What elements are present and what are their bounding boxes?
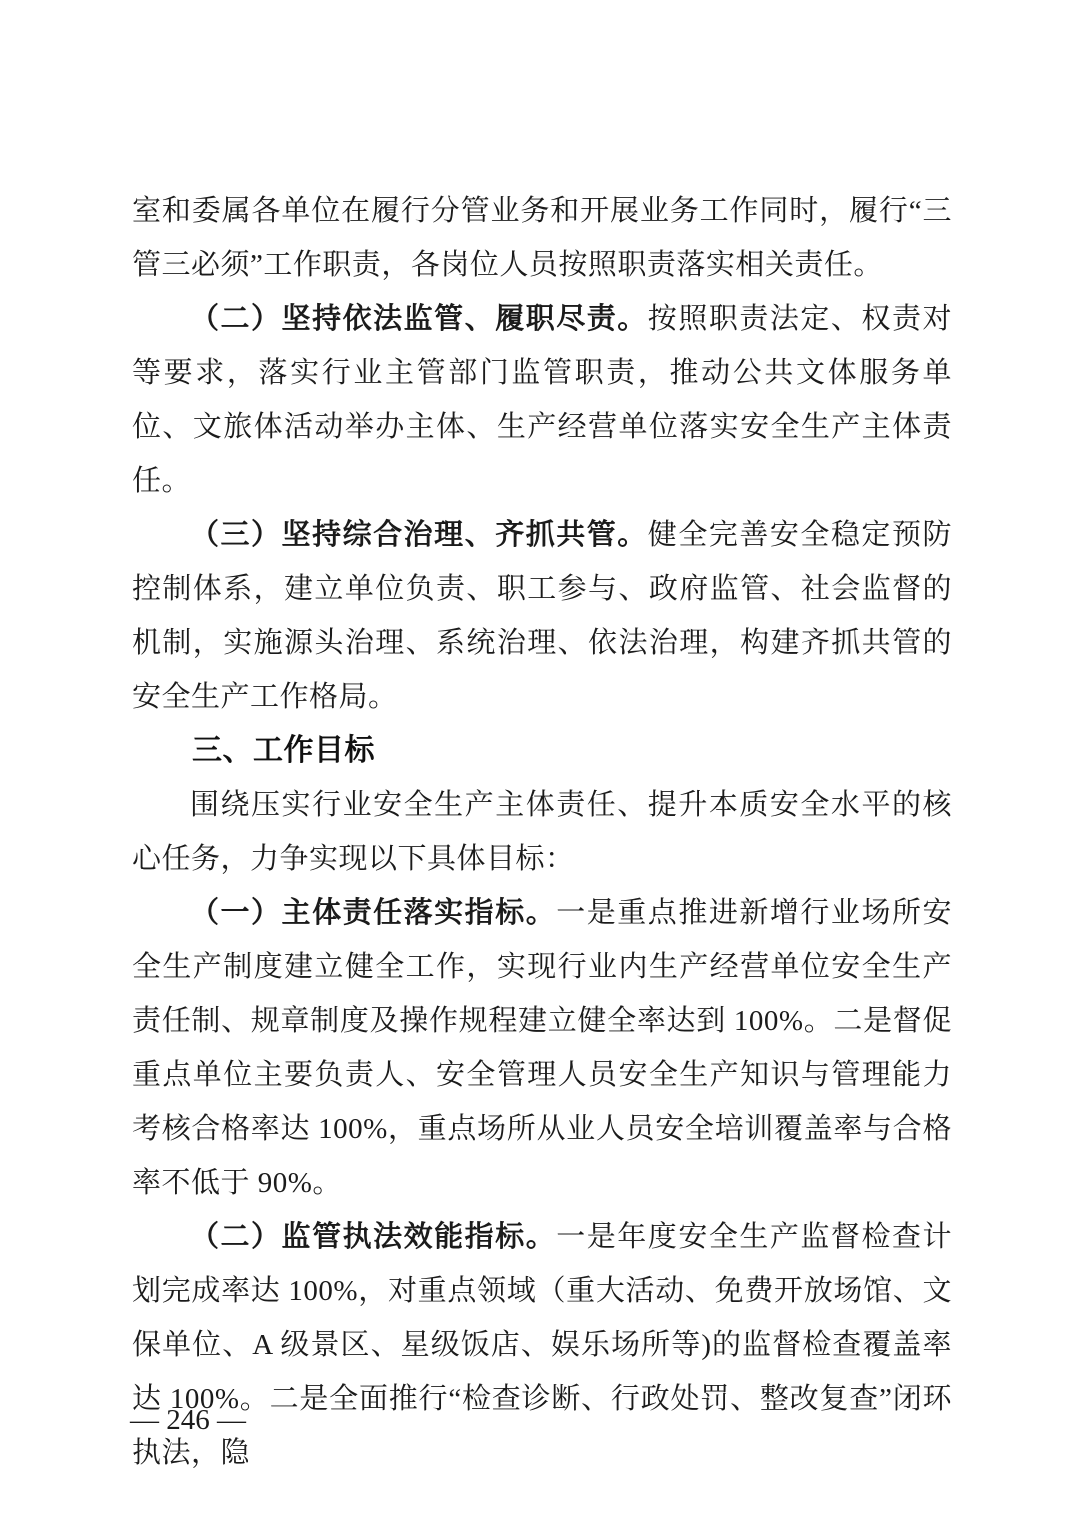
paragraph-lead: （二）监管执法效能指标。 <box>190 1221 556 1253</box>
paragraph-lead: （二）坚持依法监管、履职尽责。 <box>190 303 648 335</box>
paragraph-goal-intro: 围绕压实行业安全生产主体责任、提升本质安全水平的核心任务，力争实现以下具体目标： <box>132 778 952 886</box>
paragraph-lead: （一）主体责任落实指标。 <box>190 897 556 929</box>
page-number: — 246 — <box>130 1400 246 1440</box>
paragraph-text: 一是年度安全生产监督检查计划完成率达 100%，对重点领域（重大活动、免费开放场… <box>132 1221 952 1469</box>
paragraph-continuation: 室和委属各单位在履行分管业务和开展业务工作同时，履行“三管三必须”工作职责，各岗… <box>132 184 952 292</box>
paragraph-text: 围绕压实行业安全生产主体责任、提升本质安全水平的核心任务，力争实现以下具体目标： <box>132 789 952 875</box>
document-page: 室和委属各单位在履行分管业务和开展业务工作同时，履行“三管三必须”工作职责，各岗… <box>0 0 1074 1520</box>
paragraph-text: 室和委属各单位在履行分管业务和开展业务工作同时，履行“三管三必须”工作职责，各岗… <box>132 195 952 281</box>
page-number-text: — 246 — <box>130 1404 246 1436</box>
section-heading: 三、工作目标 <box>132 724 952 778</box>
paragraph-goal-2: （二）监管执法效能指标。一是年度安全生产监督检查计划完成率达 100%，对重点领… <box>132 1210 952 1480</box>
document-body: 室和委属各单位在履行分管业务和开展业务工作同时，履行“三管三必须”工作职责，各岗… <box>132 184 952 1480</box>
paragraph-item-2: （二）坚持依法监管、履职尽责。按照职责法定、权责对等要求，落实行业主管部门监管职… <box>132 292 952 508</box>
paragraph-item-3: （三）坚持综合治理、齐抓共管。健全完善安全稳定预防控制体系，建立单位负责、职工参… <box>132 508 952 724</box>
paragraph-text: 一是重点推进新增行业场所安全生产制度建立健全工作，实现行业内生产经营单位安全生产… <box>132 897 952 1199</box>
paragraph-lead: （三）坚持综合治理、齐抓共管。 <box>190 519 648 551</box>
paragraph-goal-1: （一）主体责任落实指标。一是重点推进新增行业场所安全生产制度建立健全工作，实现行… <box>132 886 952 1210</box>
